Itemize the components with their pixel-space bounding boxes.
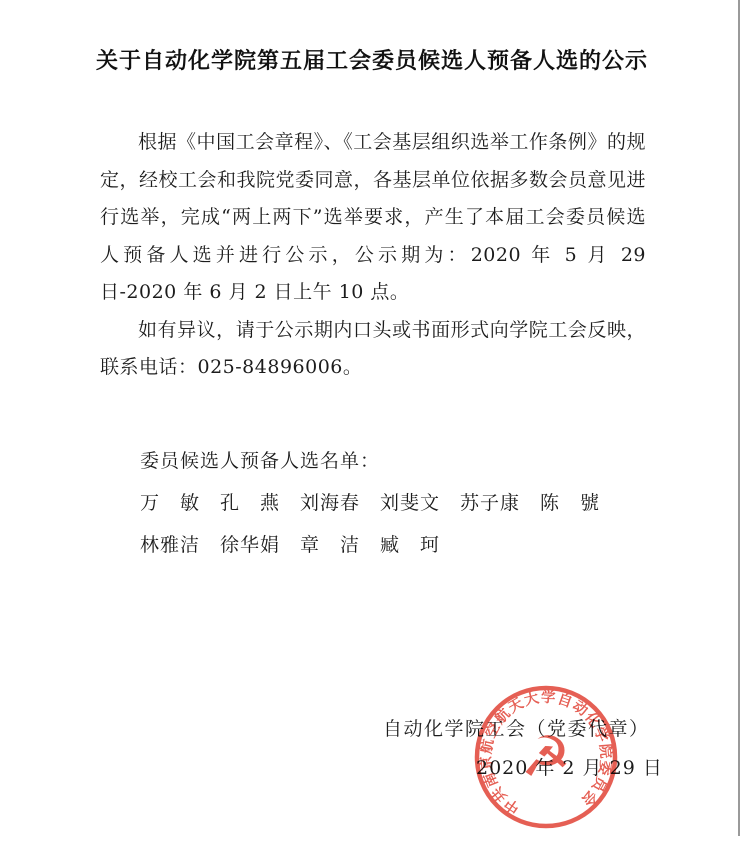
document-title: 关于自动化学院第五届工会委员候选人预备人选的公示 (0, 44, 744, 75)
name-list-row: 林雅洁 徐华娟 章 洁 臧 珂 (140, 524, 660, 566)
signature-organization: 自动化学院工会（党委代章） (383, 714, 650, 741)
signature-date: 2020 年 2 月 29 日 (476, 753, 663, 780)
name-list-row: 万 敏 孔 燕 刘海春 刘斐文 苏子康 陈 號 (140, 482, 660, 524)
name-list-heading: 委员候选人预备人选名单： (140, 440, 660, 482)
candidate-name-list: 委员候选人预备人选名单： 万 敏 孔 燕 刘海春 刘斐文 苏子康 陈 號 林雅洁… (140, 440, 660, 566)
document-page: 关于自动化学院第五届工会委员候选人预备人选的公示 根据《中国工会章程》、《工会基… (0, 0, 744, 842)
document-body: 根据《中国工会章程》、《工会基层组织选举工作条例》的规定，经校工会和我院党委同意… (100, 124, 646, 387)
page-edge (738, 0, 740, 836)
paragraph-objection: 如有异议，请于公示期内口头或书面形式向学院工会反映，联系电话：025-84896… (100, 312, 646, 387)
paragraph-basis: 根据《中国工会章程》、《工会基层组织选举工作条例》的规定，经校工会和我院党委同意… (100, 124, 646, 312)
